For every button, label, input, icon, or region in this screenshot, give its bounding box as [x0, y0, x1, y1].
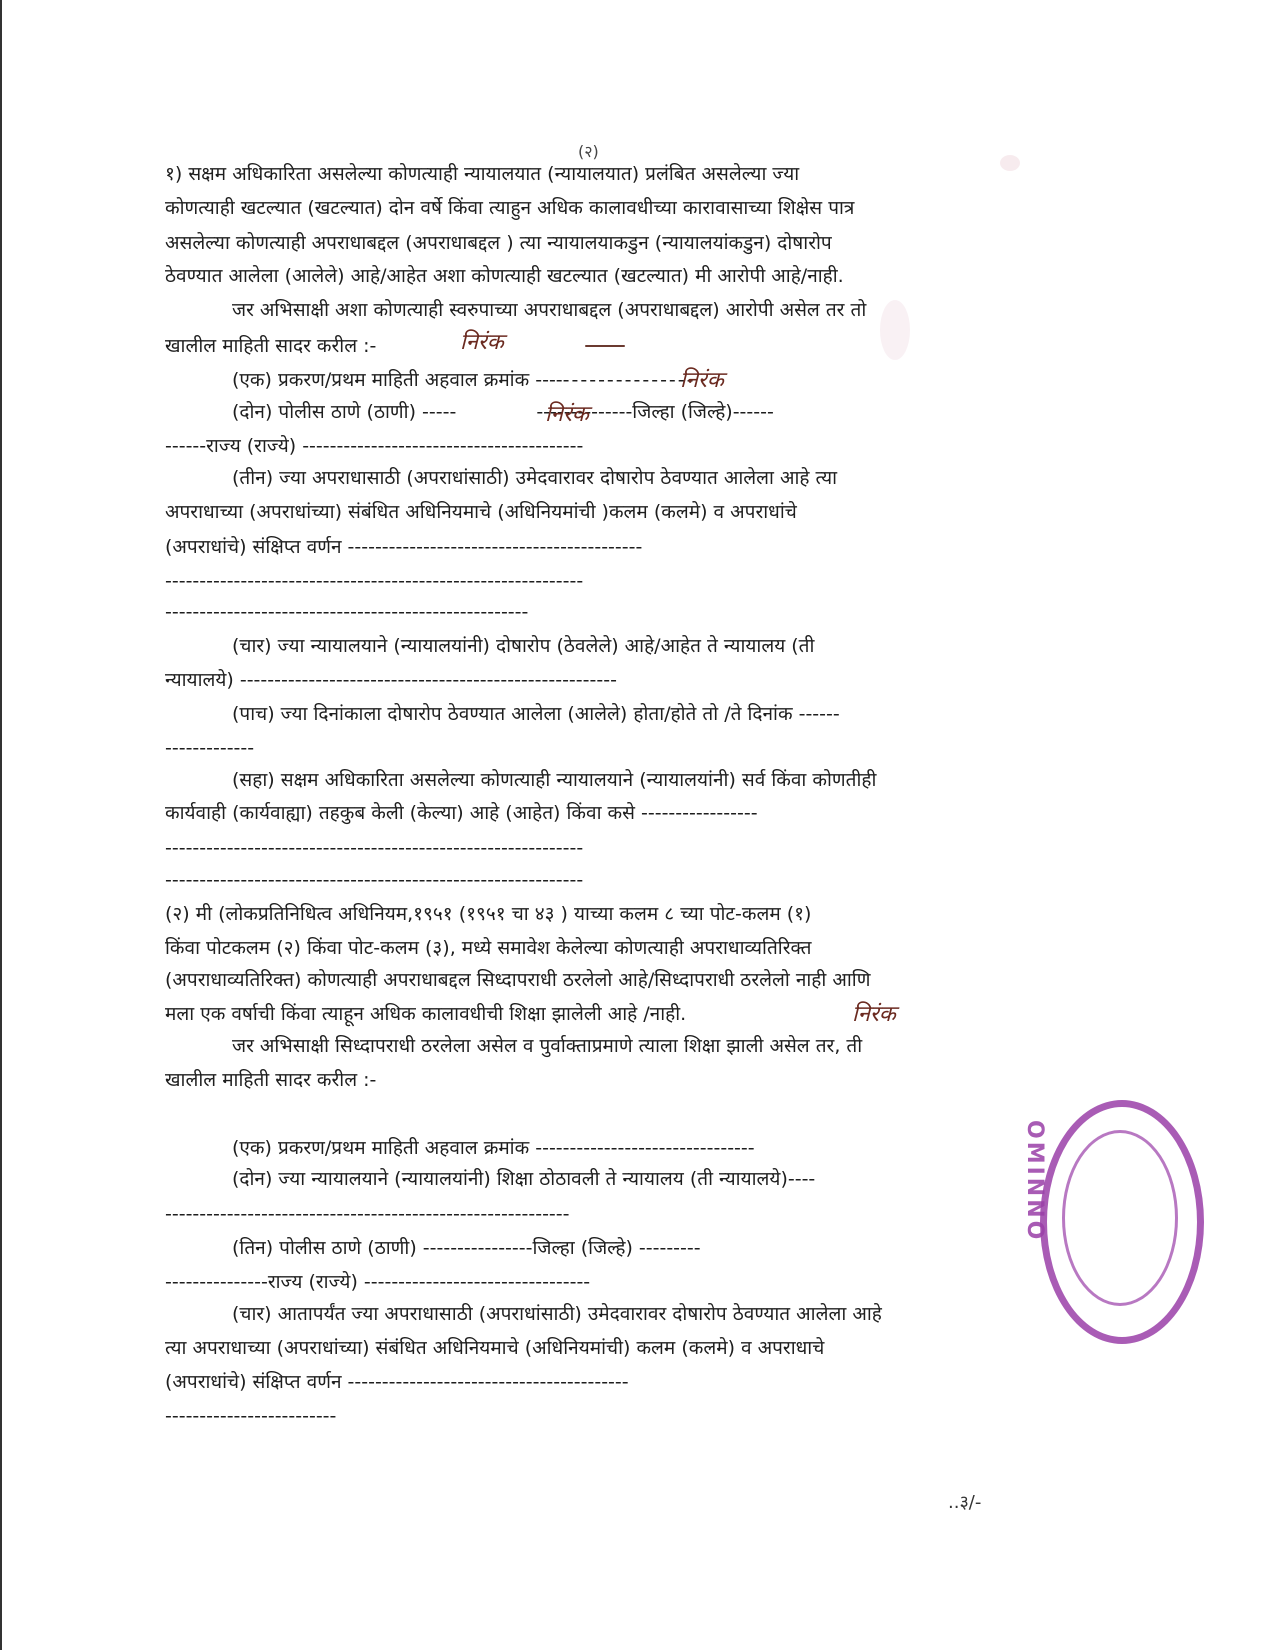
s1-item-teen-2: अपराधाच्या (अपराधांच्या) संबंधित अधिनियम…: [165, 500, 797, 524]
s1-item-saha-4: ----------------------------------------…: [165, 868, 583, 892]
section2-line-6: खालील माहिती सादर करील :-: [165, 1068, 376, 1092]
handwritten-nil-2: निरंक: [852, 998, 896, 1028]
s2-item-teen-1: (तिन) पोलीस ठाणे (ठाणी) ----------------…: [232, 1236, 701, 1260]
s2-item-don-1: (दोन) ज्या न्यायालयाने (न्यायालयांनी) शि…: [232, 1167, 815, 1191]
section1-line-6: खालील माहिती सादर करील :-: [165, 334, 376, 358]
ink-smudge: [880, 300, 910, 360]
official-stamp-inner-ring: [1062, 1130, 1178, 1306]
s1-item-char-1: (चार) ज्या न्यायालयाने (न्यायालयांनी) दो…: [232, 634, 814, 658]
s1-item-rajya: ------राज्य (राज्ये) -------------------…: [165, 434, 583, 458]
s1-item-teen-3: (अपराधांचे) संक्षिप्त वर्णन ------------…: [165, 535, 642, 559]
section1-line-2: कोणत्याही खटल्यात (खटल्यात) दोन वर्षे कि…: [165, 196, 854, 220]
pen-stroke: [585, 345, 625, 347]
official-stamp-text: OMINNO: [1022, 1120, 1047, 1242]
s1-item-pach-2: -------------: [165, 736, 254, 760]
s2-item-char-2: त्या अपराधाच्या (अपराधांच्या) संबंधित अध…: [165, 1336, 824, 1360]
ink-smudge: [1000, 155, 1020, 171]
s1-item-pach-1: (पाच) ज्या दिनांकाला दोषारोप ठेवण्यात आल…: [232, 702, 840, 726]
s2-item-char-1: (चार) आतापर्यंत ज्या अपराधासाठी (अपराधां…: [232, 1302, 882, 1326]
s1-item-saha-3: ----------------------------------------…: [165, 836, 583, 860]
handwritten-nil-1: निरंक: [460, 326, 504, 356]
s1-item-teen-1: (तीन) ज्या अपराधासाठी (अपराधांसाठी) उमेद…: [232, 466, 837, 490]
handwritten-police-station: निरंक: [545, 398, 589, 428]
s1-item-don: (दोन) पोलीस ठाणे (ठाणी) ----------------…: [232, 400, 774, 424]
s1-item-saha-1: (सहा) सक्षम अधिकारिता असलेल्या कोणत्याही…: [232, 768, 876, 792]
section2-line-3: (अपराधाव्यतिरिक्त) कोणत्याही अपराधाबद्दल…: [165, 968, 870, 992]
section2-line-2: किंवा पोटकलम (२) किंवा पोट-कलम (३), मध्य…: [165, 936, 811, 960]
page-number-footer: ..३/-: [948, 1490, 981, 1514]
s2-item-don-2: ----------------------------------------…: [165, 1202, 570, 1226]
section2-line-1: (२) मी (लोकप्रतिनिधित्व अधिनियम,१९५१ (१९…: [165, 902, 811, 926]
section1-line-5: जर अभिसाक्षी अशा कोणत्याही स्वरुपाच्या अ…: [232, 298, 866, 322]
section2-line-4: मला एक वर्षाची किंवा त्याहून अधिक कालावध…: [165, 1002, 686, 1026]
section1-line-4: ठेवण्यात आलेला (आलेले) आहे/आहेत अशा कोणत…: [165, 264, 844, 288]
s2-item-char-3: (अपराधांचे) संक्षिप्त वर्णन ------------…: [165, 1370, 629, 1394]
s2-item-char-4: -------------------------: [165, 1404, 336, 1428]
s1-item-teen-4: ----------------------------------------…: [165, 569, 583, 593]
section2-line-5: जर अभिसाक्षी सिध्दापराधी ठरलेला असेल व प…: [232, 1034, 862, 1058]
handwritten-fir-number: निरंक: [680, 364, 724, 394]
section1-line-3: असलेल्या कोणत्याही अपराधाबद्दल (अपराधाबद…: [165, 231, 832, 255]
section1-line-1: १) सक्षम अधिकारिता असलेल्या कोणत्याही न्…: [165, 162, 799, 186]
page-number-header: (२): [578, 140, 599, 162]
s1-item-saha-2: कार्यवाही (कार्यवाह्या) तहकुब केली (केल्…: [165, 801, 758, 825]
s1-item-teen-5: ----------------------------------------…: [165, 600, 528, 624]
s2-item-ek: (एक) प्रकरण/प्रथम माहिती अहवाल क्रमांक -…: [232, 1136, 755, 1160]
page-edge: [0, 0, 2, 1650]
s1-item-char-2: न्यायालये) -----------------------------…: [165, 668, 617, 692]
s1-item-ek: (एक) प्रकरण/प्रथम माहिती अहवाल क्रमांक -…: [232, 368, 696, 392]
s2-item-teen-2: ---------------राज्य (राज्ये) ----------…: [165, 1270, 590, 1294]
